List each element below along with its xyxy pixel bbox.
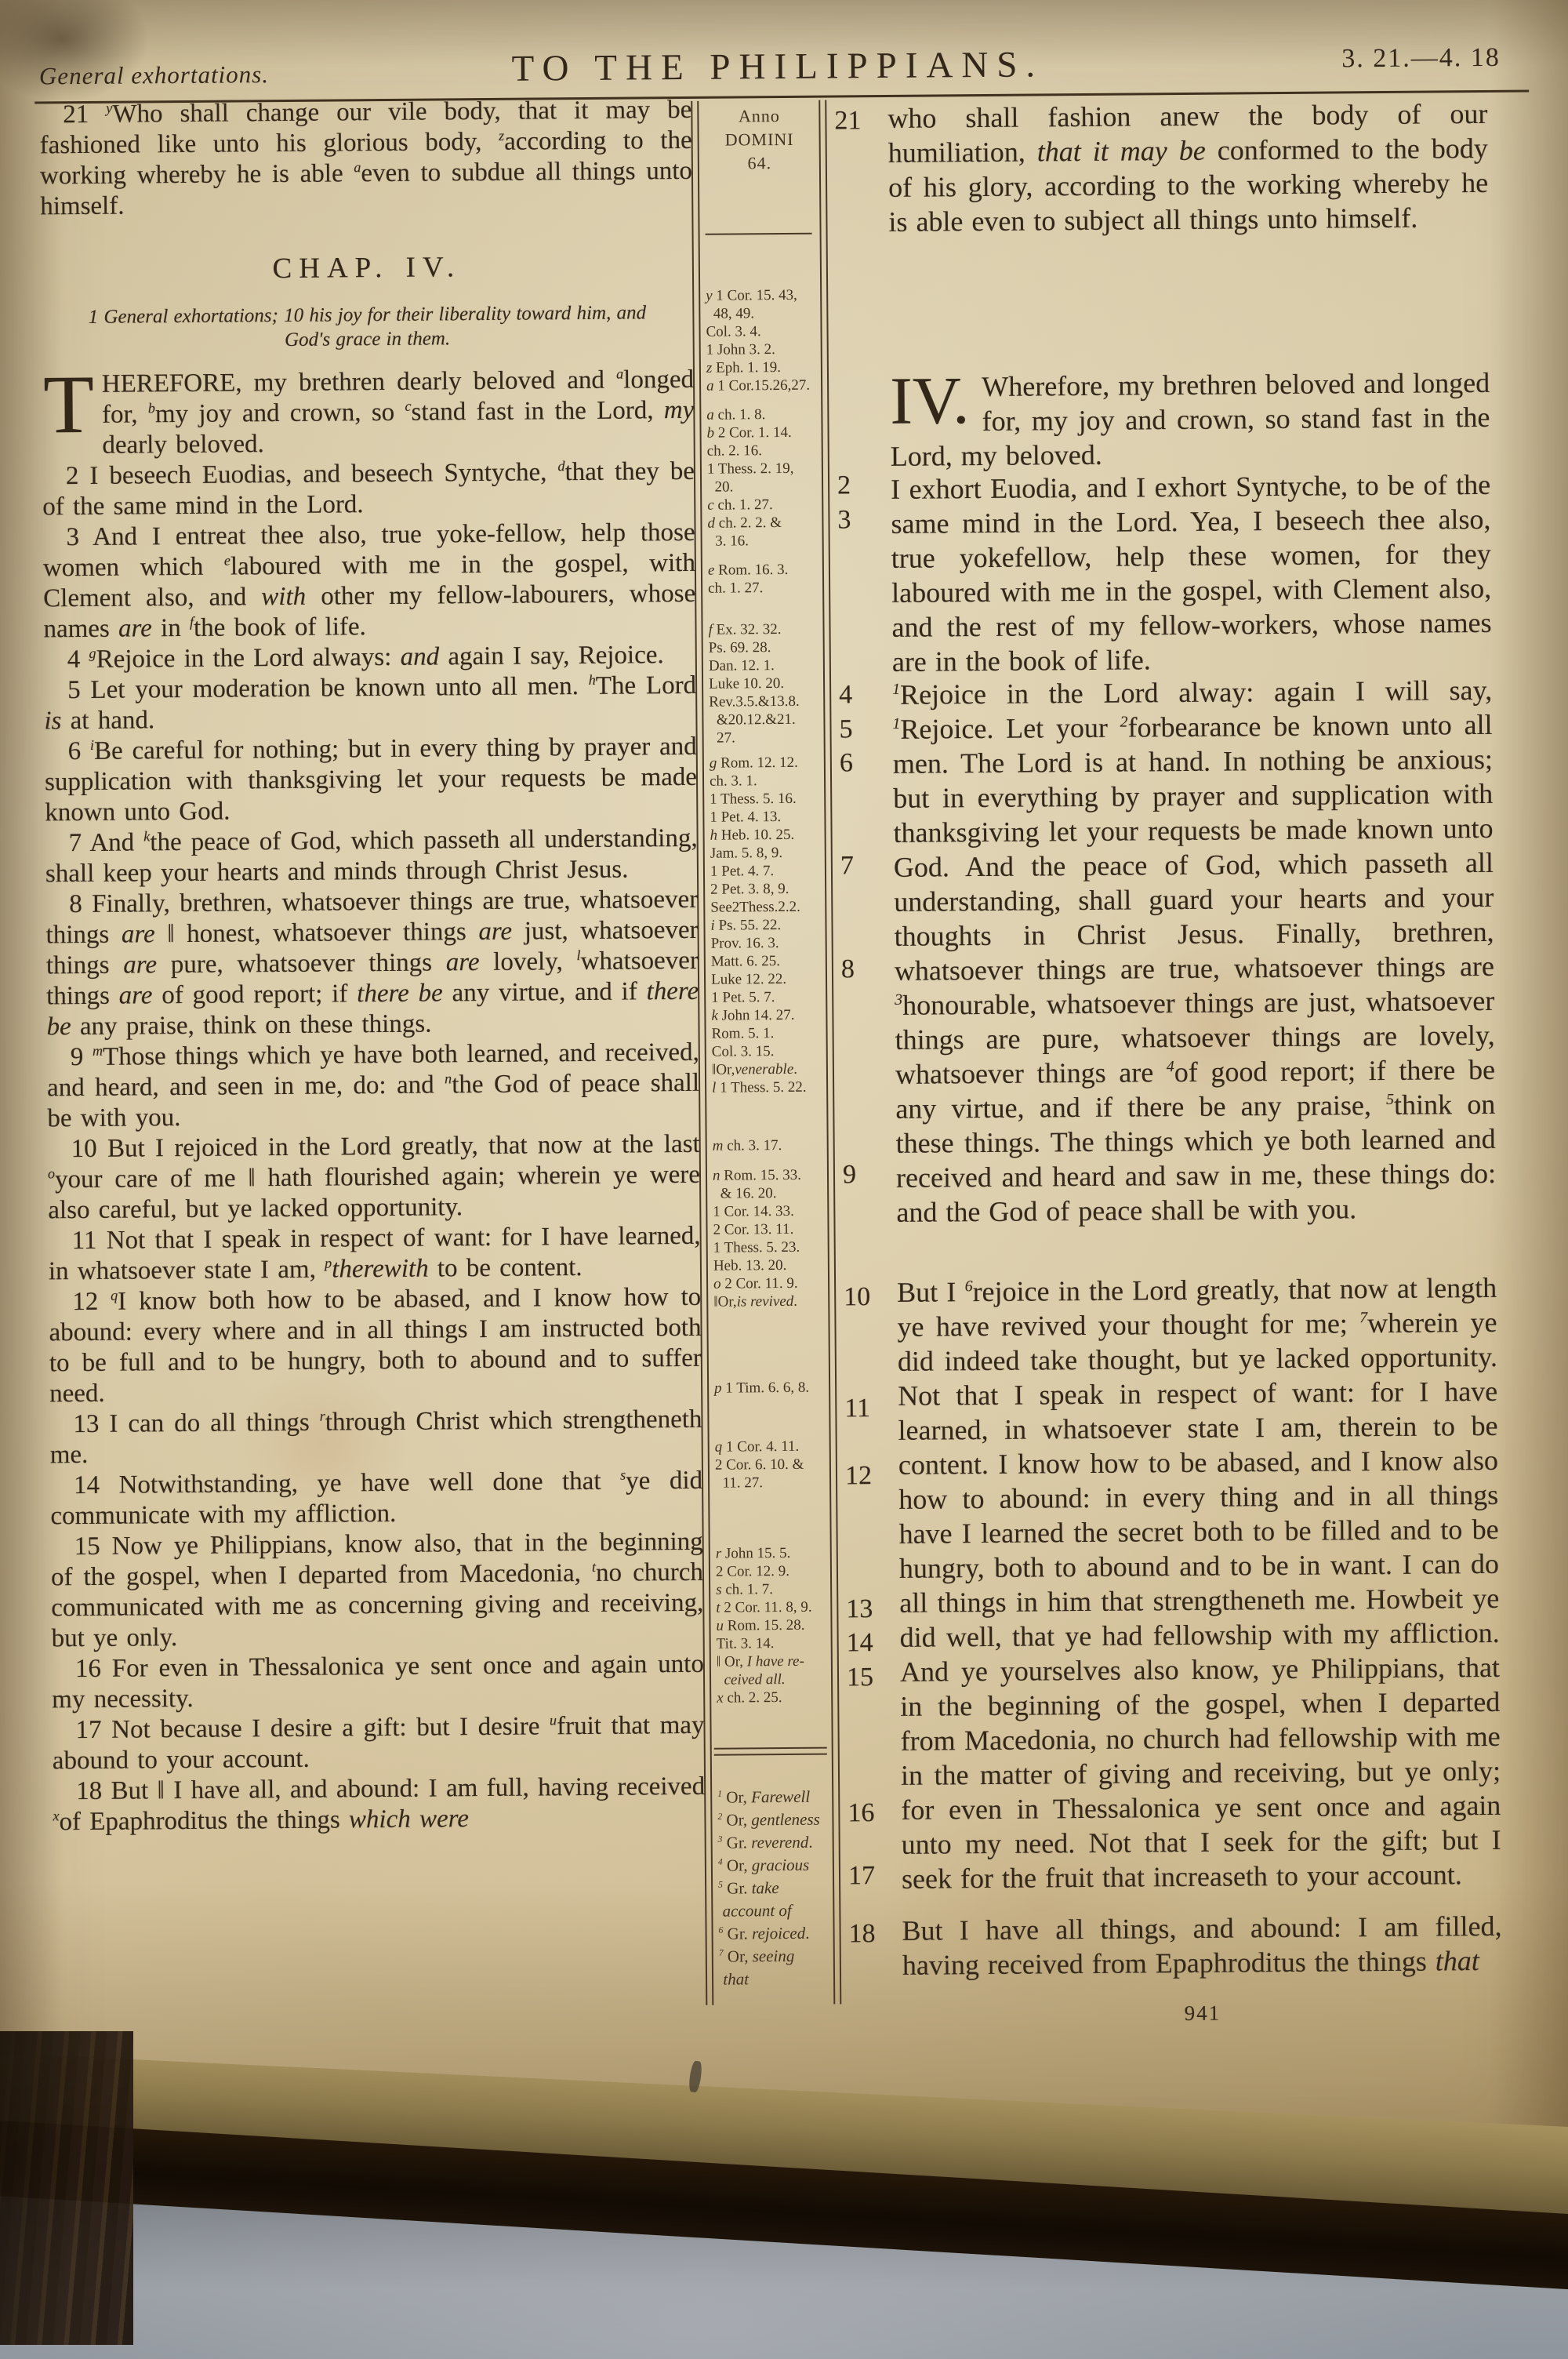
rv-verse-number: 15	[847, 1660, 894, 1695]
rv-verse-number: 16	[848, 1796, 895, 1830]
kjv-verse-16: 16 For even in Thessalonica ye sent once…	[52, 1649, 705, 1716]
ref-group-q: q 1 Cor. 4. 11.2 Cor. 6. 10. & 11. 27.	[715, 1438, 829, 1492]
page-number: 941	[902, 1994, 1502, 2033]
ref-group-n-o: n Rom. 15. 33. & 16. 20.1 Cor. 14. 33.2 …	[713, 1166, 826, 1311]
chapter-summary: 1 General exhortations; 10 his joy for t…	[41, 300, 693, 354]
section-rule	[714, 1754, 827, 1756]
rv-verse-number: 13	[846, 1592, 893, 1627]
cross-reference-column: AnnoDOMINI64. y 1 Cor. 15. 43, 48, 49.Co…	[701, 98, 832, 2012]
kjv-verse-14: 14 Notwithstanding, ye have well done th…	[50, 1466, 703, 1532]
ref-group-y-a: y 1 Cor. 15. 43, 48, 49.Col. 3. 4.1 John…	[706, 286, 819, 395]
rv-verses-2-3: I exhort Euodia, and I exhort Syntyche, …	[891, 467, 1492, 679]
kjv-verse-4: 4 gRejoice in the Lord always: and again…	[44, 640, 696, 676]
kjv-column: 21 yWho shall change our vile body, that…	[39, 95, 705, 1837]
section-rule	[714, 1747, 827, 1750]
ref-group-f: f Ex. 32. 32.Ps. 69. 28.Dan. 12. 1.Luke …	[708, 620, 822, 747]
photo-of-bible-page: { "header": { "left": "General exhortati…	[0, 0, 1568, 2359]
kjv-verse-10: 10 But I rejoiced in the Lord greatly, t…	[48, 1129, 701, 1227]
bible-page: General exhortations. TO THE PHILIPPIANS…	[0, 0, 1568, 2188]
kjv-verse-9: 9 mThose things which ye have both learn…	[47, 1038, 700, 1135]
rv-verse-number: 8	[841, 952, 888, 987]
ref-group-m: m ch. 3. 17.	[713, 1136, 826, 1155]
rv-verse-number: 2	[837, 468, 884, 503]
ref-group-p: p 1 Tim. 6. 6, 8.	[714, 1379, 827, 1398]
chapter-numeral: IV.	[890, 369, 982, 428]
rv-verses-10-17: But I 6rejoice in the Lord greatly, that…	[897, 1270, 1501, 1896]
kjv-verse-21: 21 yWho shall change our vile body, that…	[39, 95, 692, 223]
kjv-verse-12: 12 qI know both how to be abased, and I …	[49, 1282, 702, 1410]
rv-verse-number: 11	[844, 1391, 891, 1426]
kjv-verse-1: THEREFORE, my brethren dearly beloved an…	[42, 365, 695, 462]
kjv-verse-5: 5 Let your moderation be known unto all …	[44, 671, 697, 737]
rv-column: 21 2 3 4 5 6 7 8 9 10 11 12 13 14 15 16 …	[834, 93, 1502, 2011]
printed-content: General exhortations. TO THE PHILIPPIANS…	[0, 0, 1568, 2194]
kjv-verse-11: 11 Not that I speak in respect of want: …	[48, 1221, 701, 1288]
anno-domini: AnnoDOMINI64.	[704, 104, 815, 176]
rv-verse-number: 4	[839, 678, 886, 712]
rv-verse-number: 9	[843, 1158, 890, 1192]
rv-verse-number: 14	[847, 1626, 894, 1660]
kjv-verse-18: 18 But ‖ I have all, and abound: I am fu…	[53, 1772, 706, 1838]
rv-chapter-4-verse-1: IV.Wherefore, my brethren beloved and lo…	[890, 365, 1490, 474]
ref-group-a-d: a ch. 1. 8.b 2 Cor. 1. 14.ch. 2. 16.1 Th…	[706, 405, 820, 551]
rv-verse-number: 12	[845, 1459, 892, 1493]
bottom-left-shadow	[0, 2031, 133, 2345]
rv-verse-number: 6	[840, 746, 887, 780]
kjv-verse-8: 8 Finally, brethren, whatsoever things a…	[45, 885, 699, 1043]
rv-verse-number: 5	[839, 712, 886, 747]
kjv-verse-7: 7 And kthe peace of God, which passeth a…	[45, 823, 699, 890]
rv-verse-number: 17	[848, 1859, 895, 1893]
rv-verse-number: 3	[837, 503, 884, 537]
rv-margin-notes: 1 Or, Farewell2 Or, gentleness3 Gr. reve…	[717, 1786, 832, 1991]
anno-rule	[706, 233, 812, 235]
rv-verses-4-9: 1Rejoice in the Lord alway: again I will…	[892, 673, 1497, 1230]
kjv-verse-13: 13 I can do all things rthrough Christ w…	[49, 1405, 702, 1471]
running-head-verse-range: 3. 21.—4. 18	[1341, 43, 1501, 75]
rv-verse-21: who shall fashion anew the body of our h…	[887, 96, 1488, 239]
kjv-verse-17: 17 Not because I desire a gift: but I de…	[52, 1710, 705, 1777]
rv-verse-number: 18	[848, 1917, 895, 1951]
kjv-verse-6: 6 iBe careful for nothing; but in every …	[45, 732, 698, 829]
kjv-verse-2: 2 I beseech Euodias, and beseech Syntych…	[42, 456, 695, 523]
ref-group-g-l: g Rom. 12. 12.ch. 3. 1.1 Thess. 5. 16.1 …	[710, 754, 825, 1097]
ref-group-r-x: r John 15. 5.2 Cor. 12. 9.s ch. 1. 7.t 2…	[716, 1544, 830, 1707]
running-head-title: TO THE PHILIPPIANS.	[0, 39, 1562, 94]
chapter-heading: CHAP. IV.	[41, 249, 693, 289]
rv-verse-number: 7	[840, 849, 887, 883]
kjv-verse-15: 15 Now ye Philippians, know also, that i…	[51, 1527, 704, 1655]
rv-verse-18: But I have all things, and abound: I am …	[902, 1909, 1502, 1983]
ref-group-e: e Rom. 16. 3.ch. 1. 27.	[708, 561, 821, 598]
rv-verse-number: 10	[844, 1280, 891, 1314]
rv-verse-number: 21	[834, 104, 881, 138]
kjv-verse-3: 3 And I entreat thee also, true yoke-fel…	[42, 518, 695, 645]
